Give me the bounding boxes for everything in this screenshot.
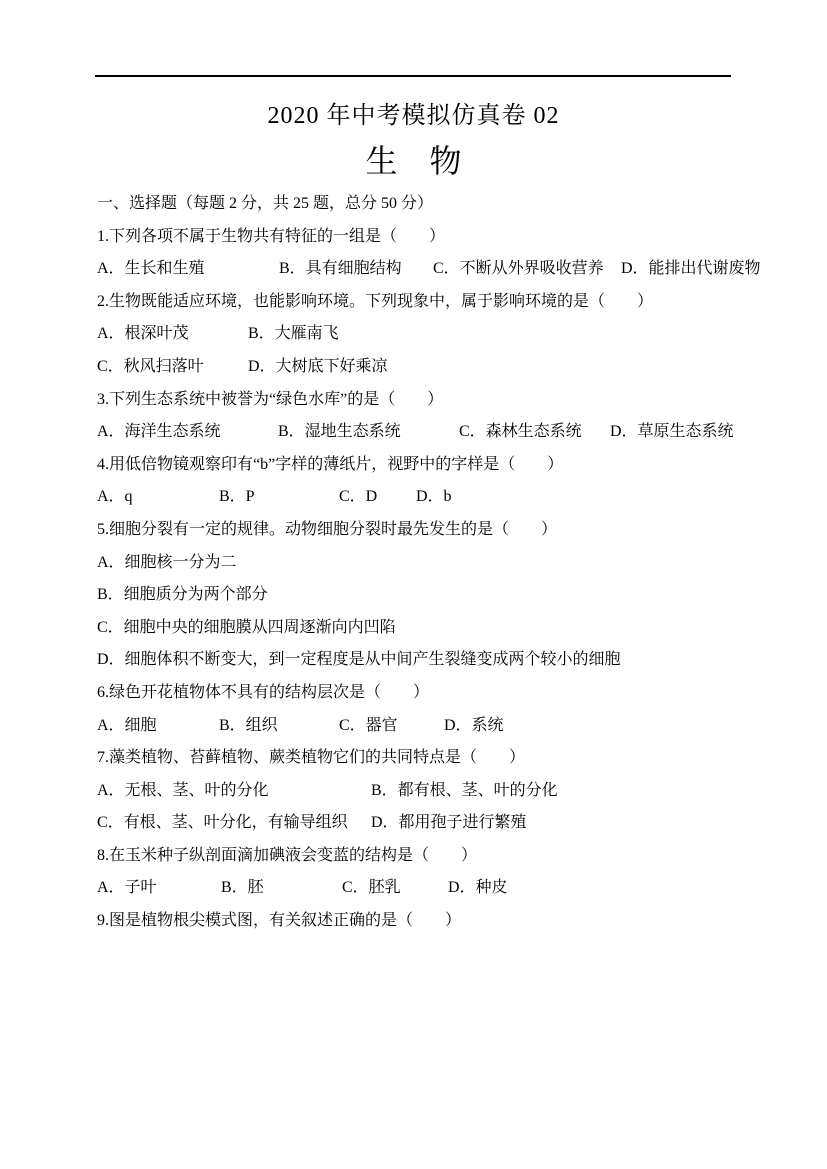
- exam-body: 一、选择题（每题 2 分，共 25 题，总分 50 分） 1.下列各项不属于生物…: [97, 188, 777, 938]
- question-5-option-d: D．细胞体积不断变大，到一定程度是从中间产生裂缝变成两个较小的细胞: [97, 644, 777, 677]
- question-4-options: A．q B．P C．D D．b: [97, 481, 777, 514]
- question-5-option-b: B．细胞质分为两个部分: [97, 579, 777, 612]
- option-2-c: C．秋风扫落叶: [97, 351, 244, 384]
- option-4-b: B．P: [219, 481, 335, 514]
- header-rule: [95, 75, 731, 77]
- question-3-options: A．海洋生态系统 B．湿地生态系统 C．森林生态系统 D．草原生态系统: [97, 416, 777, 449]
- question-3-stem: 3.下列生态系统中被誉为“绿色水库”的是（ ）: [97, 384, 777, 417]
- question-8-options: A．子叶 B．胚 C．胚乳 D．种皮: [97, 872, 777, 905]
- question-4-stem: 4.用低倍物镜观察印有“b”字样的薄纸片，视野中的字样是（ ）: [97, 449, 777, 482]
- question-7-stem: 7.藻类植物、苔藓植物、蕨类植物它们的共同特点是（ ）: [97, 742, 777, 775]
- option-8-c: C．胚乳: [342, 872, 444, 905]
- question-8-stem: 8.在玉米种子纵剖面滴加碘液会变蓝的结构是（ ）: [97, 840, 777, 873]
- exam-title: 2020 年中考模拟仿真卷 02: [0, 101, 827, 131]
- option-2-b: B．大雁南飞: [248, 318, 339, 351]
- question-5-option-c: C．细胞中央的细胞膜从四周逐渐向内凹陷: [97, 612, 777, 645]
- question-1-stem: 1.下列各项不属于生物共有特征的一组是（ ）: [97, 221, 777, 254]
- option-8-b: B．胚: [221, 872, 338, 905]
- option-7-b: B．都有根、茎、叶的分化: [371, 775, 558, 808]
- exam-paper-page: 2020 年中考模拟仿真卷 02 生 物 一、选择题（每题 2 分，共 25 题…: [0, 0, 827, 1169]
- option-2-d: D．大树底下好乘凉: [248, 351, 388, 384]
- section-heading: 一、选择题（每题 2 分，共 25 题，总分 50 分）: [97, 188, 777, 221]
- option-1-c: C．不断从外界吸收营养: [433, 253, 617, 286]
- option-1-d: D．能排出代谢废物: [621, 253, 761, 286]
- question-7-options-row-1: A．无根、茎、叶的分化 B．都有根、茎、叶的分化: [97, 775, 777, 808]
- option-3-a: A．海洋生态系统: [97, 416, 274, 449]
- option-6-a: A．细胞: [97, 710, 215, 743]
- question-5-stem: 5.细胞分裂有一定的规律。动物细胞分裂时最先发生的是（ ）: [97, 514, 777, 547]
- option-3-d: D．草原生态系统: [610, 416, 734, 449]
- option-4-c: C．D: [339, 481, 412, 514]
- option-6-d: D．系统: [444, 710, 504, 743]
- option-8-d: D．种皮: [448, 872, 508, 905]
- option-3-c: C．森林生态系统: [459, 416, 606, 449]
- option-6-b: B．组织: [219, 710, 335, 743]
- question-1-options: A．生长和生殖 B．具有细胞结构 C．不断从外界吸收营养 D．能排出代谢废物: [97, 253, 777, 286]
- option-6-c: C．器官: [339, 710, 440, 743]
- option-7-a: A．无根、茎、叶的分化: [97, 775, 367, 808]
- question-5-option-a: A．细胞核一分为二: [97, 547, 777, 580]
- option-2-a: A．根深叶茂: [97, 318, 244, 351]
- question-2-options-row-1: A．根深叶茂 B．大雁南飞: [97, 318, 777, 351]
- option-3-b: B．湿地生态系统: [278, 416, 455, 449]
- option-7-c: C．有根、茎、叶分化，有输导组织: [97, 807, 367, 840]
- question-6-stem: 6.绿色开花植物体不具有的结构层次是（ ）: [97, 677, 777, 710]
- option-4-a: A．q: [97, 481, 215, 514]
- question-6-options: A．细胞 B．组织 C．器官 D．系统: [97, 710, 777, 743]
- exam-subject: 生 物: [0, 141, 827, 181]
- question-2-options-row-2: C．秋风扫落叶 D．大树底下好乘凉: [97, 351, 777, 384]
- question-9-stem: 9.图是植物根尖模式图，有关叙述正确的是（ ）: [97, 905, 777, 938]
- option-8-a: A．子叶: [97, 872, 217, 905]
- option-1-a: A．生长和生殖: [97, 253, 275, 286]
- question-2-stem: 2.生物既能适应环境，也能影响环境。下列现象中，属于影响环境的是（ ）: [97, 286, 777, 319]
- option-4-d: D．b: [416, 481, 452, 514]
- question-7-options-row-2: C．有根、茎、叶分化，有输导组织 D．都用孢子进行繁殖: [97, 807, 777, 840]
- option-1-b: B．具有细胞结构: [279, 253, 429, 286]
- option-7-d: D．都用孢子进行繁殖: [371, 807, 527, 840]
